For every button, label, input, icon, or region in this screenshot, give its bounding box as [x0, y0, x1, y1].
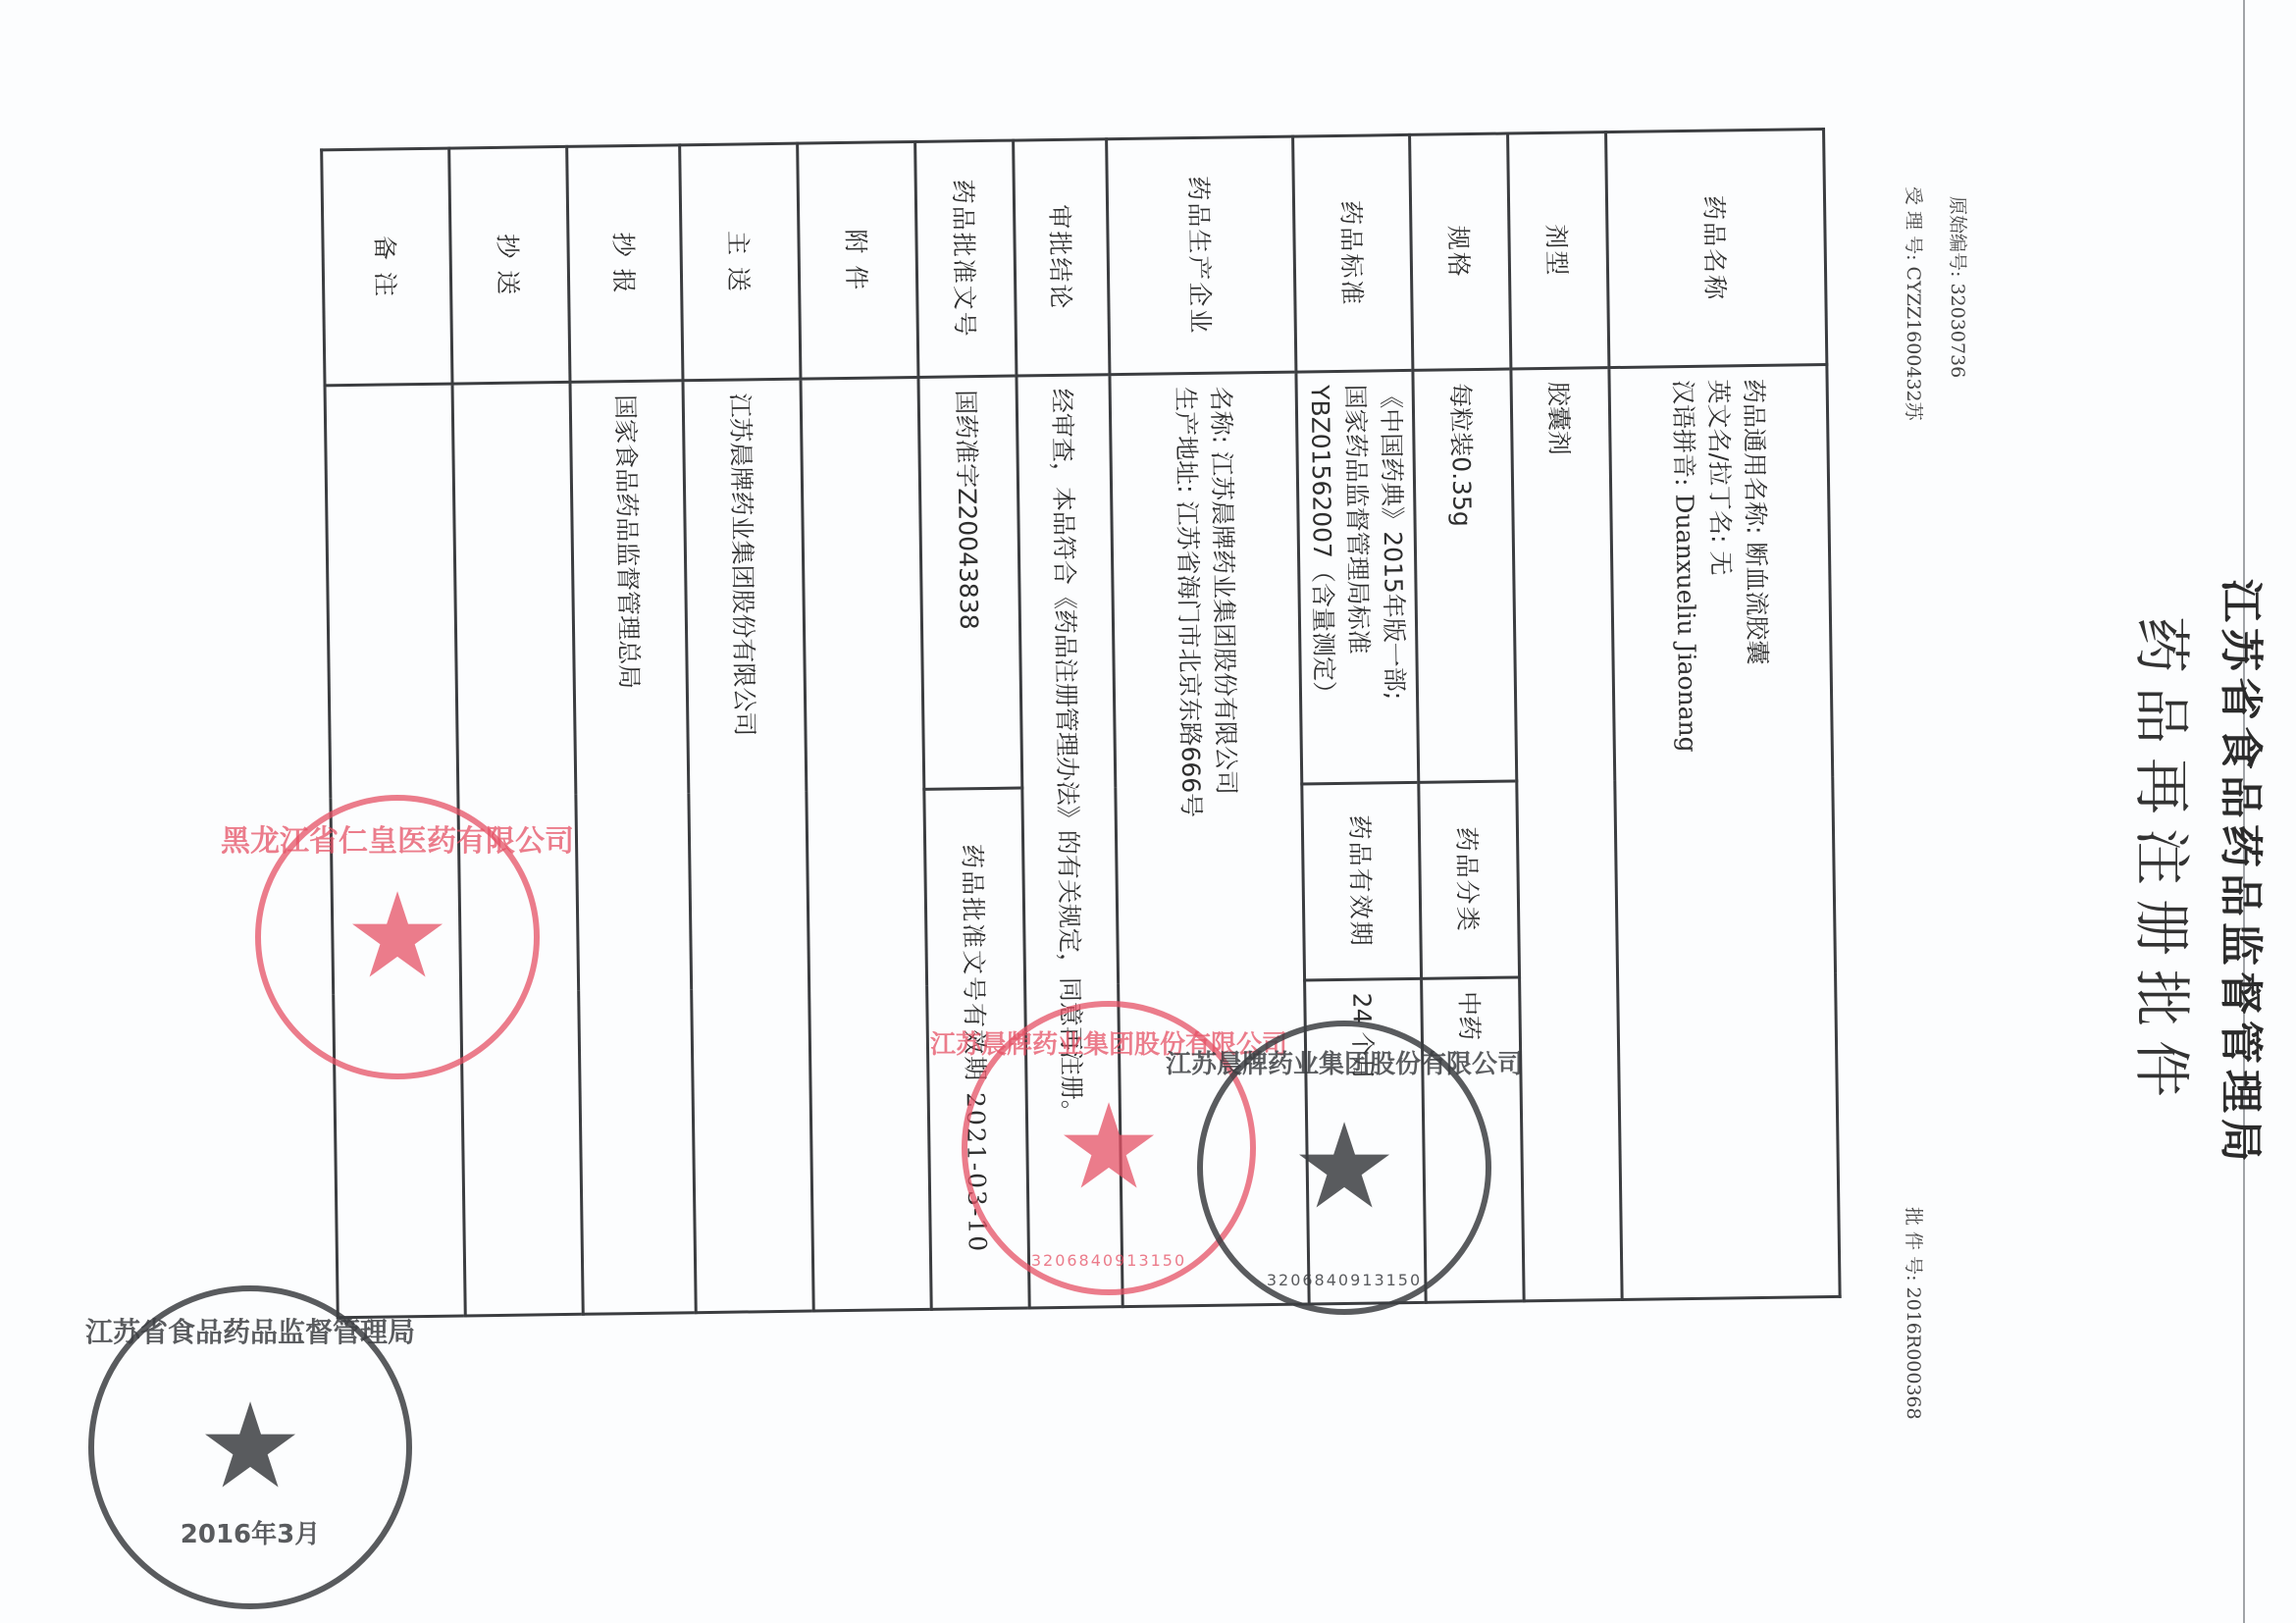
label-cc: 抄 送	[449, 146, 570, 384]
row-specification: 规格 每粒装0.35g 药品分类 中药	[1410, 133, 1525, 1302]
row-attachment: 附 件	[798, 141, 932, 1311]
row-manufacturer: 药品生产企业 名称: 江苏晨牌药业集团股份有限公司 生产地址: 江苏省海门市北京…	[1107, 136, 1310, 1307]
value-remarks	[325, 384, 465, 1318]
label-specification: 规格	[1410, 133, 1511, 370]
row-standard: 药品标准 《中国药典》2015年版一部; 国家药品监督管理局标准 YBZ0156…	[1293, 134, 1427, 1304]
original-number-value: 32030736	[1947, 283, 1968, 378]
value-validity: 24 个月	[1305, 978, 1427, 1304]
value-specification: 每粒装0.35g	[1413, 369, 1517, 782]
row-main-recipient: 主 送 江苏晨牌药业集团股份有限公司	[680, 143, 814, 1313]
acceptance-number-value: CYZZ1600432苏	[1903, 267, 1924, 421]
label-approval-doc: 药品批准文号	[915, 140, 1017, 377]
label-manufacturer: 药品生产企业	[1107, 136, 1296, 375]
row-remarks: 备 注	[322, 148, 466, 1318]
star-icon: ★	[197, 1388, 303, 1506]
seal-date: 2016年3月	[181, 1514, 320, 1550]
value-cc	[452, 382, 583, 1316]
standard-line-2: 国家药品监督管理局标准	[1337, 384, 1378, 769]
value-dosage-form: 胶囊剂	[1511, 368, 1622, 1301]
row-approval-doc: 药品批准文号 国药准字Z20043838 药品批准文号有效期 2021-03-1…	[915, 140, 1030, 1309]
original-number-label: 原始编号:	[1947, 196, 1968, 277]
value-drug-name: 药品通用名称: 断血流胶囊 英文名/拉丁名: 无 汉语拼音: Duanxueli…	[1609, 364, 1840, 1299]
row-conclusion: 审批结论 经审查，本品符合《药品注册管理办法》的有关规定，同意再注册。	[1014, 139, 1123, 1308]
label-dosage-form: 剂型	[1508, 132, 1609, 369]
label-main-recipient: 主 送	[680, 143, 801, 381]
approval-number: 批 件 号: 2016R000368	[1902, 1207, 1928, 1420]
value-approval-doc: 国药准字Z20043838	[918, 376, 1022, 789]
document-title: 药品再注册批件	[2125, 550, 2208, 1178]
seal-ring	[88, 1285, 412, 1609]
approval-number-label: 批 件 号:	[1903, 1207, 1924, 1281]
value-drug-category: 中药	[1422, 977, 1525, 1302]
row-cc: 抄 送	[449, 146, 584, 1316]
label-approval-doc-validity: 药品批准文号有效期	[959, 844, 990, 1082]
row-drug-name: 药品名称 药品通用名称: 断血流胶囊 英文名/拉丁名: 无 汉语拼音: Duan…	[1606, 130, 1841, 1300]
value-standard: 《中国药典》2015年版一部; 国家药品监督管理局标准 YBZ01562007（…	[1296, 370, 1419, 784]
value-conclusion: 经审查，本品符合《药品注册管理办法》的有关规定，同意再注册。	[1017, 375, 1122, 1308]
approval-doc-validity: 药品批准文号有效期 2021-03-10	[924, 788, 1029, 1309]
registration-approval-document: 江苏省食品药品监督管理局 药品再注册批件 原始编号: 32030736 受 理 …	[0, 0, 2296, 1623]
standard-line-3: YBZ01562007（含量测定）	[1302, 385, 1342, 770]
original-number: 原始编号: 32030736	[1946, 196, 1972, 378]
label-drug-category: 药品分类	[1419, 781, 1520, 978]
label-conclusion: 审批结论	[1014, 139, 1110, 376]
label-drug-name: 药品名称	[1606, 130, 1827, 368]
value-attachment	[801, 377, 931, 1311]
issuing-organization: 江苏省食品药品监督管理局	[2214, 530, 2276, 1217]
value-main-recipient: 江苏晨牌药业集团股份有限公司	[683, 379, 813, 1313]
value-manufacturer: 名称: 江苏晨牌药业集团股份有限公司 生产地址: 江苏省海门市北京东路666号	[1110, 372, 1309, 1307]
value-approval-doc-validity: 2021-03-10	[962, 1092, 992, 1254]
acceptance-number-label: 受 理 号:	[1903, 186, 1924, 260]
registration-form-table: 药品名称 药品通用名称: 断血流胶囊 英文名/拉丁名: 无 汉语拼音: Duan…	[320, 128, 1842, 1319]
approval-number-value: 2016R000368	[1903, 1287, 1924, 1420]
label-standard: 药品标准	[1293, 134, 1413, 372]
row-dosage-form: 剂型 胶囊剂	[1508, 132, 1623, 1301]
agency-grey-seal: ★ 江苏省食品药品监督管理局 2016年3月	[88, 1285, 412, 1609]
row-report-copy: 抄 报 国家食品药品监督管理总局	[567, 145, 697, 1314]
label-validity: 药品有效期	[1302, 782, 1422, 980]
label-remarks: 备 注	[322, 148, 452, 386]
value-report-copy: 国家食品药品监督管理总局	[570, 381, 696, 1315]
label-attachment: 附 件	[798, 141, 918, 379]
acceptance-number: 受 理 号: CYZZ1600432苏	[1902, 186, 1928, 421]
standard-line-1: 《中国药典》2015年版一部;	[1373, 384, 1413, 769]
label-report-copy: 抄 报	[567, 145, 683, 383]
